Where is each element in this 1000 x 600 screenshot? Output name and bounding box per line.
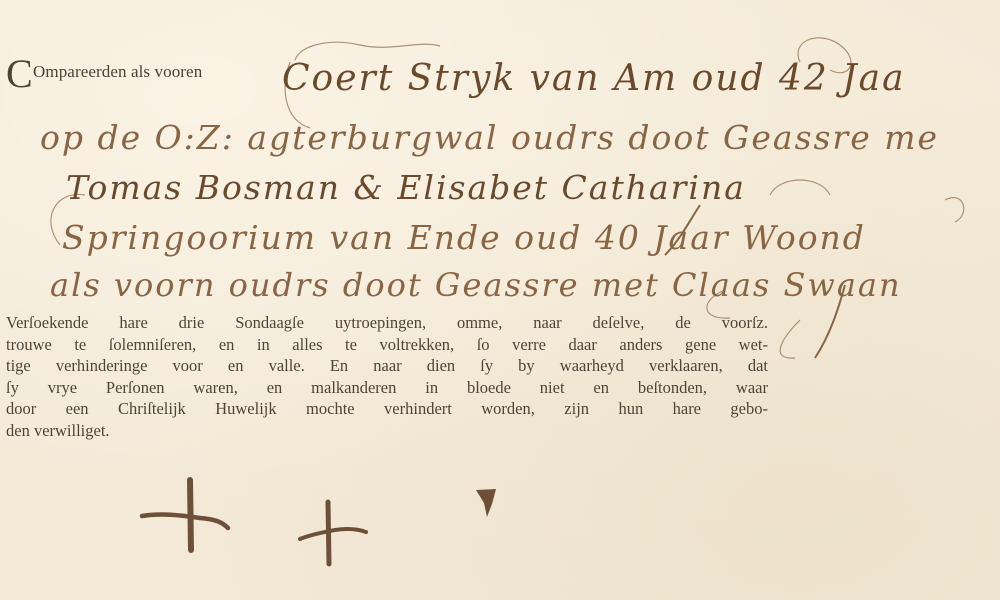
handwritten-line-1: Coert Stryk van Am oud 42 Jaa — [282, 58, 906, 99]
body-line-1: Verſoekende hare drie Sondaagſe uytroepi… — [6, 312, 768, 334]
handwritten-line-3: Tomas Bosman & Elisabet Catharina — [66, 168, 746, 207]
ink-blot — [476, 489, 496, 517]
signature-cross-2 — [300, 502, 366, 564]
handwritten-line-2: op de O:Z: agterburgwal oudrs doot Geass… — [40, 118, 939, 157]
handwritten-line-5: als voorn oudrs doot Geassre met Claas S… — [50, 266, 902, 304]
signature-cross-1 — [142, 480, 228, 550]
body-line-3: tige verhinderinge voor en valle. En naa… — [6, 355, 768, 377]
register-page: C Ompareerden als vooren Coert Stryk van… — [0, 0, 1000, 600]
body-line-2: trouwe te ſolemniſeren, en in alles te v… — [6, 334, 768, 356]
handwritten-line-4: Springoorium van Ende oud 40 Jaar Woond — [62, 218, 866, 257]
printed-body-paragraph: Verſoekende hare drie Sondaagſe uytroepi… — [6, 312, 768, 441]
drop-cap: C — [6, 54, 33, 94]
body-line-6: den verwilliget. — [6, 420, 768, 442]
body-line-4: ſy vrye Perſonen waren, en malkanderen i… — [6, 377, 768, 399]
body-line-5: door een Chriſtelijk Huwelijk mochte ver… — [6, 398, 768, 420]
opening-printed-text: Ompareerden als vooren — [33, 62, 202, 82]
